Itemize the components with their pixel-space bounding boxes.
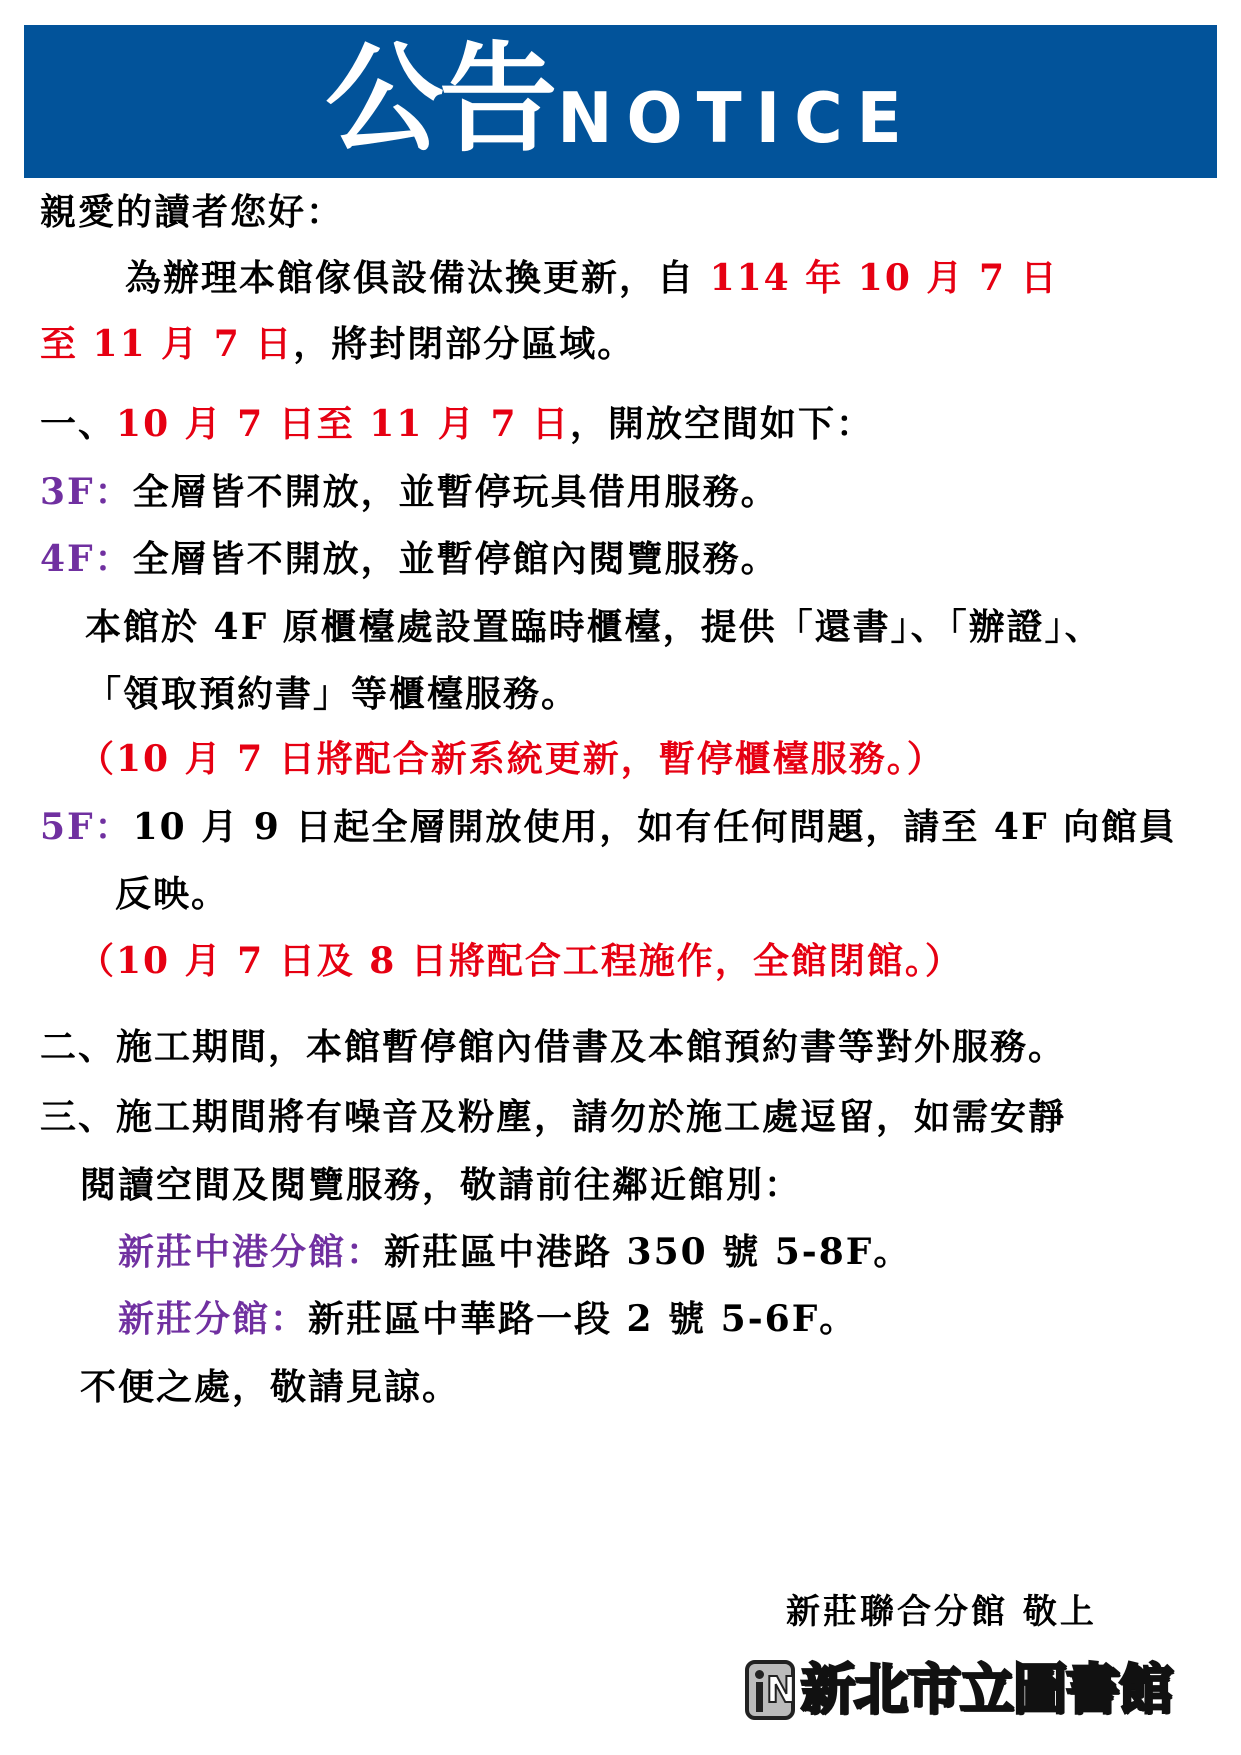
branch-xinzhuang: 新莊分館：新莊區中華路一段 2 號 5-6F。 [118,1297,857,1341]
floor-4f-detail-1: 本館於 4F 原櫃檯處設置臨時櫃檯，提供「還書」、「辦證」、 [85,605,1103,649]
branch-name: 新莊中港分館： [118,1231,384,1273]
logo-i-dot [755,1670,764,1679]
floor-5f-continuation: 反映。 [115,872,229,916]
branch-address: 新莊區中港路 350 號 5-8F。 [384,1231,911,1273]
intro-end-date: 至 11 月 7 日 [40,323,293,365]
floor-label-4f: 4F： [40,538,133,580]
intro-line-2: 至 11 月 7 日，將封閉部分區域。 [40,322,635,366]
section1-heading: 一、10 月 7 日至 11 月 7 日，開放空間如下： [40,402,874,446]
section1-text: ，開放空間如下： [570,403,874,445]
library-logo: N 新北市立圖書館 [745,1655,1172,1725]
library-logo-icon: N [745,1660,795,1720]
logo-n-letter: N [766,1670,796,1712]
section2: 二、施工期間，本館暫停館內借書及本館預約書等對外服務。 [40,1025,1066,1069]
branch-name: 新莊分館： [118,1298,308,1340]
banner-title-zh: 公告 [325,40,553,158]
greeting: 親愛的讀者您好： [40,190,344,234]
section3-line-1: 三、施工期間將有噪音及粉塵，請勿於施工處逗留，如需安靜 [40,1095,1066,1139]
section1-number: 一、 [40,403,116,445]
floor-label-5f: 5F： [40,806,133,848]
notice-banner: 公告 NOTICE [24,25,1217,178]
closing-text: 不便之處，敬請見諒。 [80,1365,460,1409]
banner-title-en: NOTICE [557,78,915,159]
floor-4f-note: （10 月 7 日將配合新系統更新，暫停櫃檯服務。） [78,737,945,781]
floor-text-3f: 全層皆不開放，並暫停玩具借用服務。 [133,471,779,513]
branch-zhonggang: 新莊中港分館：新莊區中港路 350 號 5-8F。 [118,1230,911,1274]
floor-4f-detail-2: 「領取預約書」等櫃檯服務。 [85,672,579,716]
section3-line-2: 閱讀空間及閱覽服務，敬請前往鄰近館別： [80,1163,802,1207]
floor-5f: 5F：10 月 9 日起全層開放使用，如有任何問題，請至 4F 向館員 [40,805,1177,849]
floor-5f-note: （10 月 7 日及 8 日將配合工程施作，全館閉館。） [78,939,963,983]
floor-text-5f: 10 月 9 日起全層開放使用，如有任何問題，請至 4F 向館員 [133,806,1177,848]
intro-text: 為辦理本館傢俱設備汰換更新，自 [125,257,695,299]
section1-date-range: 10 月 7 日至 11 月 7 日 [116,403,570,445]
intro-start-date: 114 年 10 月 7 日 [710,257,1059,299]
intro-line-1: 為辦理本館傢俱設備汰換更新，自 114 年 10 月 7 日 [125,256,1059,300]
floor-label-3f: 3F： [40,471,133,513]
intro-closure-text: ，將封閉部分區域。 [293,323,635,365]
logo-i-bar [756,1682,763,1712]
floor-text-4f: 全層皆不開放，並暫停館內閱覽服務。 [133,538,779,580]
branch-address: 新莊區中華路一段 2 號 5-6F。 [308,1298,857,1340]
signature: 新莊聯合分館 敬上 [786,1584,1097,1633]
floor-3f: 3F：全層皆不開放，並暫停玩具借用服務。 [40,470,779,514]
library-logo-text: 新北市立圖書館 [801,1663,1172,1717]
floor-4f: 4F：全層皆不開放，並暫停館內閱覽服務。 [40,537,779,581]
